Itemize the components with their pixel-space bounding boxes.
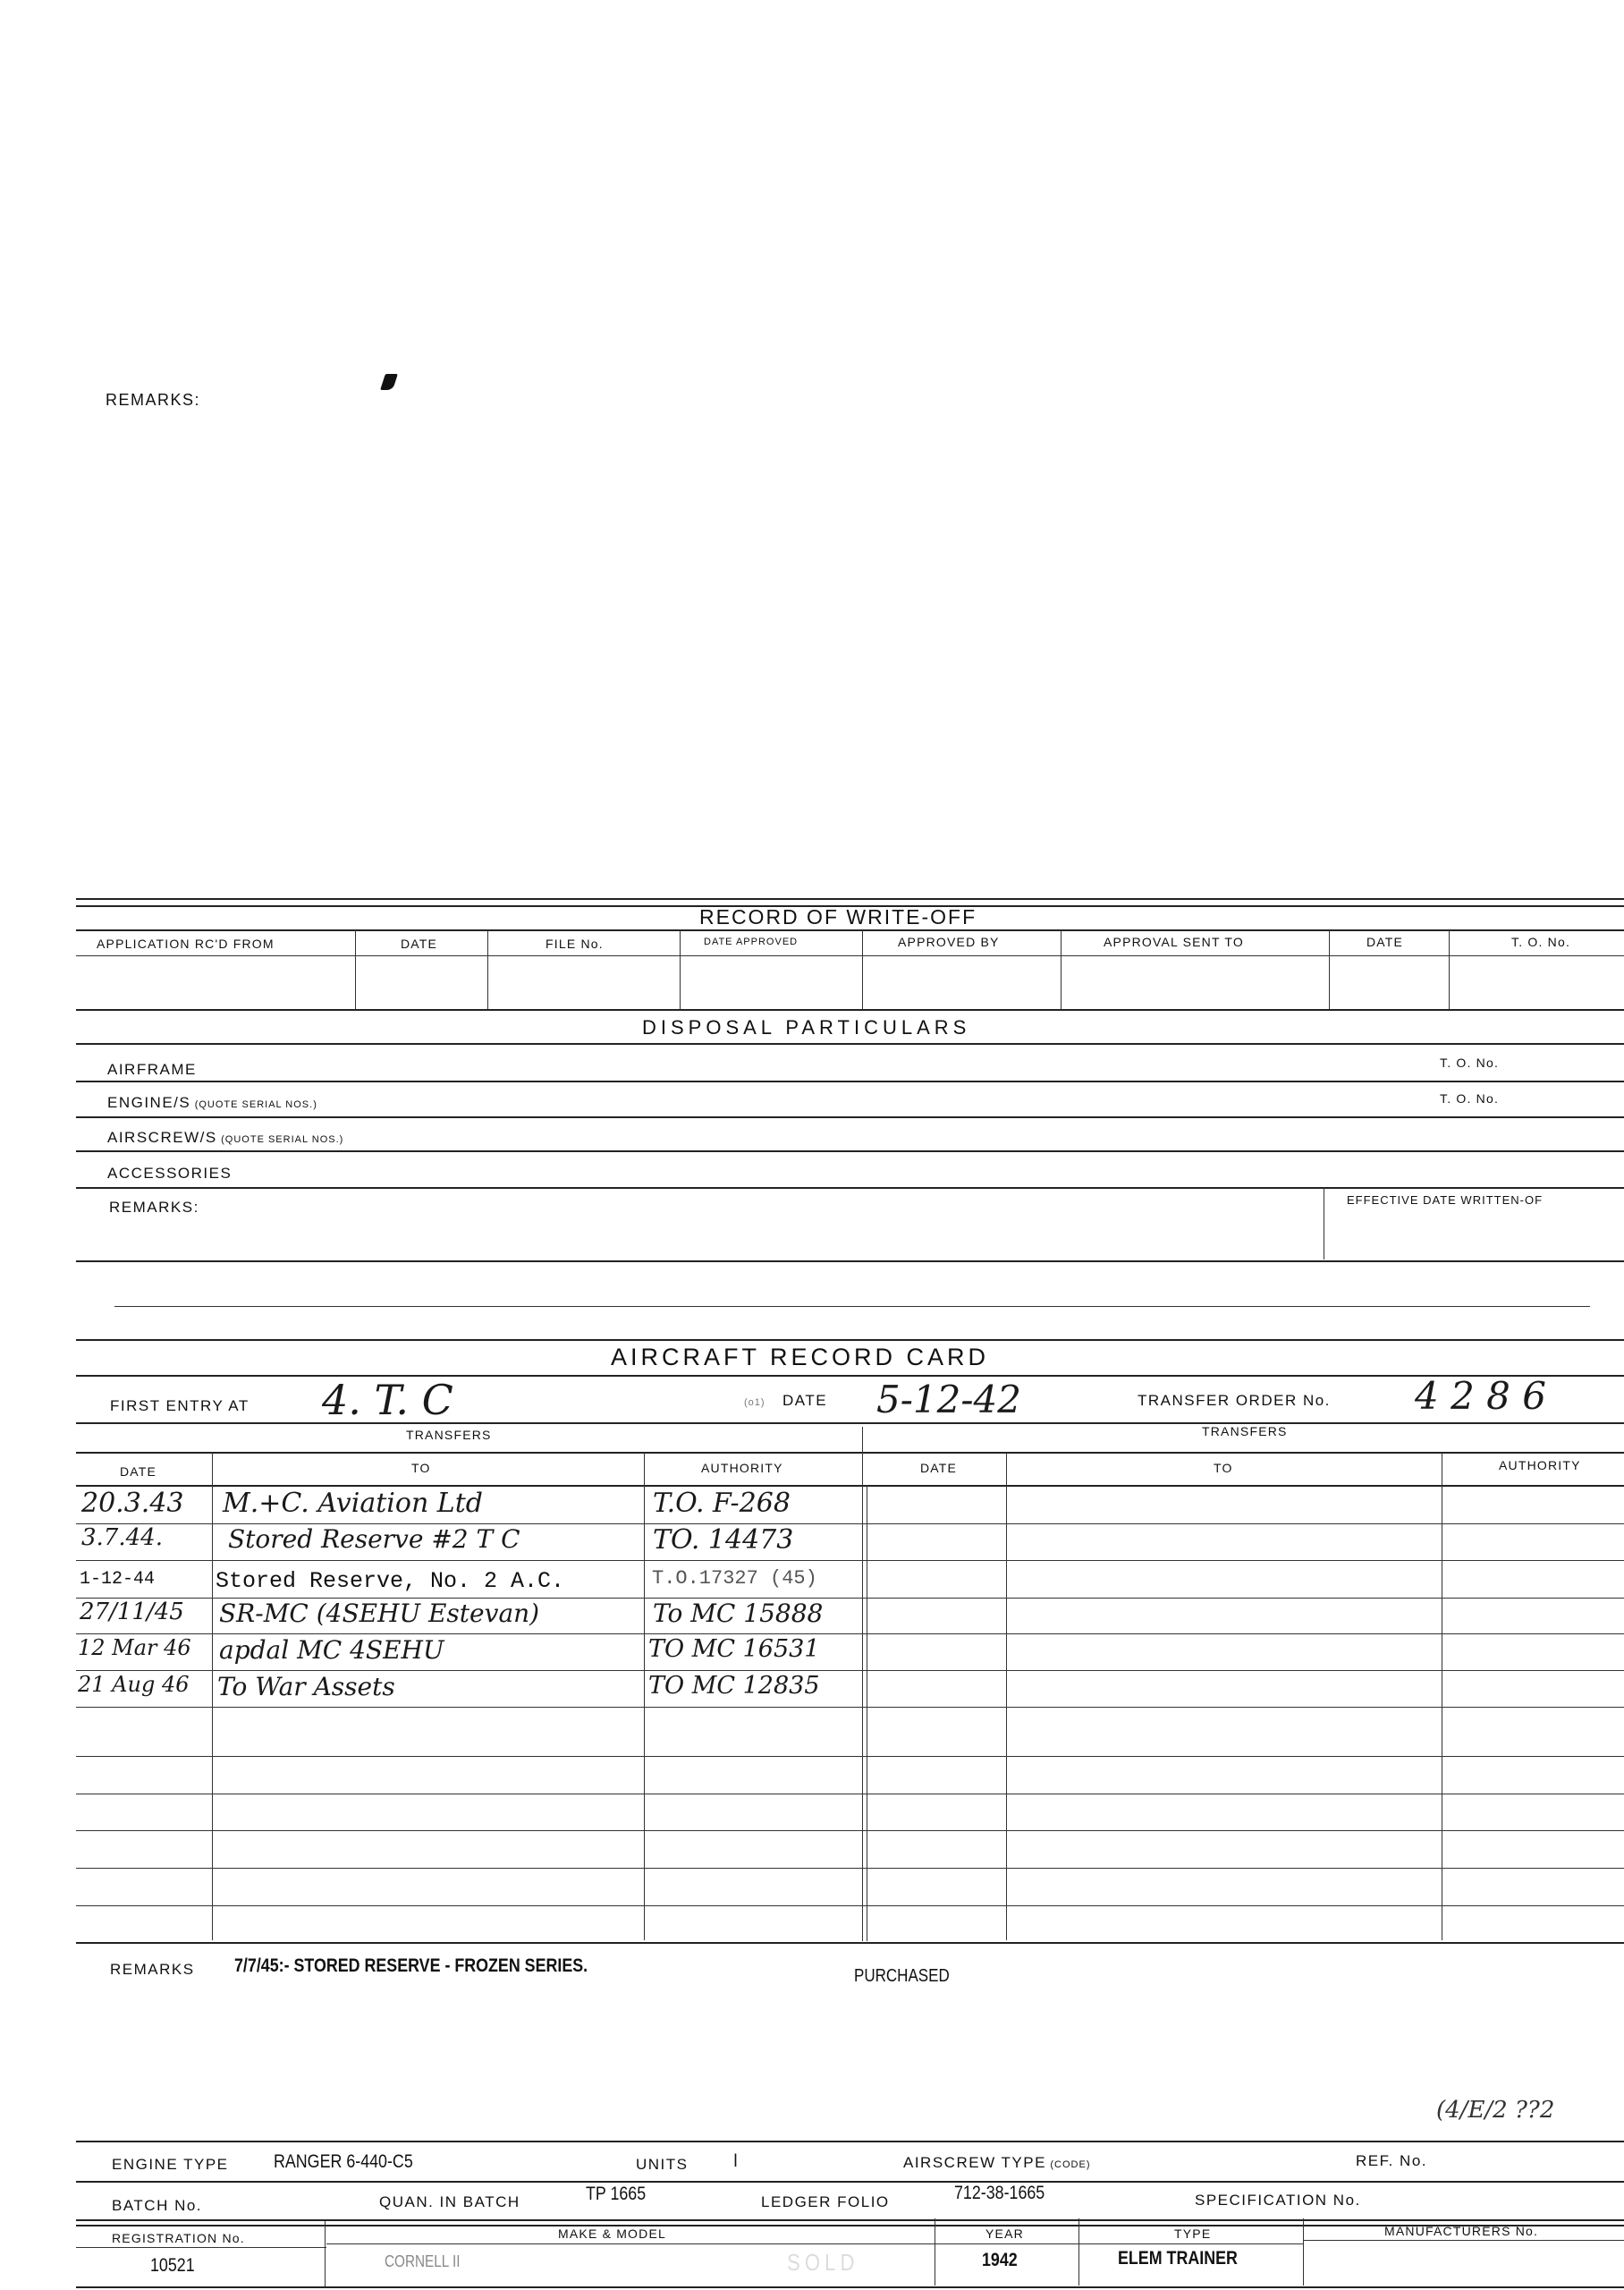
airscrews-note: (QUOTE SERIAL NOS.) — [221, 1134, 343, 1145]
transfer-date: 21 Aug 46 — [78, 1672, 190, 1697]
first-entry-value: 4. T. C — [322, 1376, 453, 1424]
transfer-to: Stored Reserve, No. 2 A.C. — [216, 1568, 564, 1594]
ref-handwritten: (4/E/2 ??2 — [1436, 2097, 1554, 2124]
col-date-2: DATE — [1366, 935, 1403, 949]
record-card-title: AIRCRAFT RECORD CARD — [611, 1344, 989, 1371]
col-authority-right: AUTHORITY — [1499, 1458, 1581, 1472]
transfer-order-value: 4 2 8 6 — [1415, 1374, 1546, 1418]
transfer-authority: TO MC 12835 — [648, 1672, 820, 1700]
top-remarks-label: REMARKS: — [106, 391, 200, 410]
transfer-authority: T.O.17327 (45) — [652, 1567, 817, 1590]
airscrew-type-field: AIRSCREW TYPE (CODE) — [903, 2154, 1091, 2172]
transfer-authority: TO MC 16531 — [648, 1635, 820, 1663]
col-application-rcd-from: APPLICATION RC'D FROM — [97, 937, 275, 951]
airscrews-field: AIRSCREW/S (QUOTE SERIAL NOS.) — [107, 1129, 343, 1147]
table-row: 1-12-44 Stored Reserve, No. 2 A.C. T.O.1… — [76, 1562, 881, 1598]
transfer-date: 1-12-44 — [80, 1569, 155, 1590]
make-model-faded-stamp: SOLD — [787, 2249, 859, 2277]
transfer-order-label: TRANSFER ORDER No. — [1138, 1392, 1331, 1410]
record-remarks-value: 7/7/45:- STORED RESERVE - FROZEN SERIES. — [234, 1955, 588, 1977]
type-label: TYPE — [1174, 2226, 1211, 2241]
quan-in-batch-label: QUAN. IN BATCH — [379, 2193, 520, 2211]
transfers-label-left: TRANSFERS — [406, 1428, 492, 1442]
type-value: ELEM TRAINER — [1118, 2248, 1238, 2269]
effective-date-label: EFFECTIVE DATE WRITTEN-OF — [1347, 1193, 1543, 1207]
date-prefix-mark: (o1) — [744, 1397, 765, 1408]
make-model-label: MAKE & MODEL — [558, 2226, 666, 2241]
table-row: 12 Mar 46 apdal MC 4SEHU TO MC 16531 — [76, 1635, 863, 1671]
transfer-date: 27/11/45 — [80, 1599, 184, 1625]
col-to-left: TO — [411, 1461, 431, 1475]
ledger-folio-value: 712-38-1665 — [954, 2183, 1045, 2204]
manufacturers-label: MANUFACTURERS No. — [1384, 2224, 1538, 2238]
first-entry-date-value: 5-12-42 — [876, 1378, 1021, 1421]
disposal-remarks-label: REMARKS: — [109, 1199, 199, 1217]
write-off-title: RECORD OF WRITE-OFF — [699, 905, 977, 929]
transfer-authority: T.O. F-268 — [653, 1488, 791, 1519]
col-approved-by: APPROVED BY — [898, 935, 1000, 949]
accessories-label: ACCESSORIES — [107, 1165, 232, 1183]
quan-in-batch-value: TP 1665 — [586, 2184, 646, 2205]
transfer-to: M.+C. Aviation Ltd — [223, 1488, 483, 1519]
engines-field: ENGINE/S (QUOTE SERIAL NOS.) — [107, 1094, 317, 1112]
engines-label: ENGINE/S — [107, 1094, 190, 1111]
col-date-approved: DATE APPROVED — [704, 937, 798, 947]
transfers-label-right: TRANSFERS — [1202, 1424, 1288, 1438]
make-model-value: CORNELL II — [385, 2252, 460, 2271]
purchased-stamp: PURCHASED — [854, 1966, 950, 1987]
airscrew-type-label: AIRSCREW TYPE — [903, 2154, 1046, 2171]
col-date-right: DATE — [920, 1461, 957, 1475]
table-row: 20.3.43 M.+C. Aviation Ltd T.O. F-268 — [76, 1488, 863, 1523]
units-value: I — [733, 2150, 738, 2172]
registration-label: REGISTRATION No. — [112, 2231, 245, 2245]
col-approval-sent-to: APPROVAL SENT TO — [1104, 935, 1244, 949]
airframe-label: AIRFRAME — [107, 1061, 197, 1079]
record-remarks-label: REMARKS — [110, 1961, 195, 1979]
write-off-entry-row[interactable] — [76, 957, 1624, 1007]
year-value: 1942 — [982, 2250, 1018, 2271]
airframe-to-no-label: T. O. No. — [1440, 1056, 1499, 1070]
table-row: 3.7.44. Stored Reserve #2 T C TO. 14473 — [76, 1524, 863, 1560]
col-to-right: TO — [1214, 1461, 1233, 1475]
batch-no-label: BATCH No. — [112, 2197, 202, 2215]
airscrew-type-code: (CODE) — [1050, 2159, 1090, 2170]
table-row: 21 Aug 46 To War Assets TO MC 12835 — [76, 1672, 863, 1708]
engines-note: (QUOTE SERIAL NOS.) — [195, 1099, 317, 1110]
transfer-date: 12 Mar 46 — [78, 1635, 191, 1660]
engine-type-value: RANGER 6-440-C5 — [274, 2151, 413, 2173]
engine-type-label: ENGINE TYPE — [112, 2156, 229, 2174]
registration-value: 10521 — [150, 2255, 195, 2277]
transfer-to: To War Assets — [217, 1672, 395, 1701]
units-label: UNITS — [636, 2156, 689, 2174]
year-label: YEAR — [985, 2226, 1024, 2241]
ledger-folio-label: LEDGER FOLIO — [761, 2193, 890, 2211]
disposal-title: DISPOSAL PARTICULARS — [642, 1016, 970, 1039]
transfer-to: SR-MC (4SEHU Estevan) — [219, 1599, 539, 1628]
specification-label: SPECIFICATION No. — [1195, 2192, 1361, 2209]
col-date: DATE — [401, 937, 437, 951]
col-file-no: FILE No. — [546, 937, 604, 951]
ref-no-label: REF. No. — [1356, 2152, 1427, 2170]
first-entry-date-label: DATE — [782, 1392, 827, 1410]
first-entry-label: FIRST ENTRY AT — [110, 1397, 250, 1415]
transfer-date: 3.7.44. — [81, 1524, 163, 1551]
col-date-left: DATE — [120, 1464, 156, 1479]
table-row: 27/11/45 SR-MC (4SEHU Estevan) To MC 158… — [76, 1599, 863, 1634]
ink-mark-icon — [380, 374, 398, 390]
transfer-authority: TO. 14473 — [653, 1524, 793, 1556]
transfer-date: 20.3.43 — [81, 1488, 184, 1519]
col-to-no: T. O. No. — [1511, 935, 1570, 949]
transfer-to: Stored Reserve #2 T C — [228, 1524, 520, 1554]
airscrews-label: AIRSCREW/S — [107, 1129, 217, 1146]
col-authority-left: AUTHORITY — [701, 1461, 783, 1475]
transfer-authority: To MC 15888 — [653, 1599, 823, 1628]
transfer-to: apdal MC 4SEHU — [219, 1635, 444, 1665]
engines-to-no-label: T. O. No. — [1440, 1091, 1499, 1106]
